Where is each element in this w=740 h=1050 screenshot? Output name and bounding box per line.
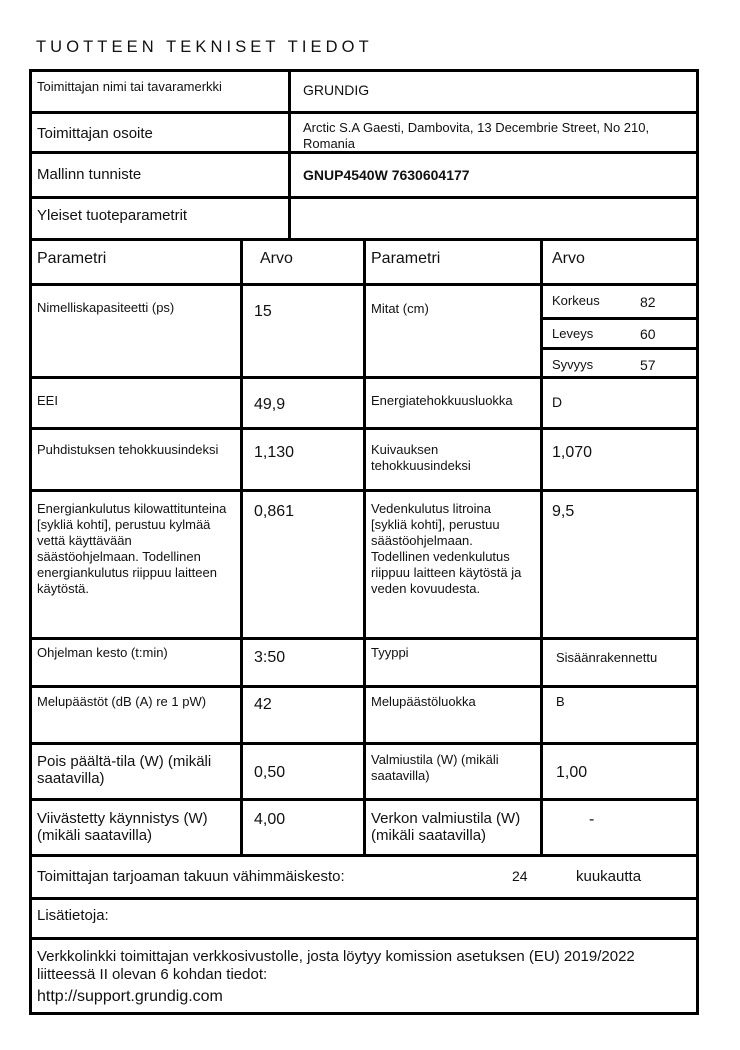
capacity-label: Nimelliskapasiteetti (ps) xyxy=(37,301,174,316)
drying-index-label-line2: tehokkuusindeksi xyxy=(371,459,471,474)
cleaning-index-label: Puhdistuksen tehokkuusindeksi xyxy=(37,443,218,458)
water-consumption-label-5: riippuu laitteen käytöstä ja xyxy=(371,566,521,581)
off-mode-label-line1: Pois päältä-tila (W) (mikäli xyxy=(37,753,211,770)
support-url-link[interactable]: http://support.grundig.com xyxy=(37,988,223,1006)
row-divider xyxy=(29,937,699,940)
header-parameter-1: Parametri xyxy=(37,250,106,268)
energy-consumption-label-6: käytöstä. xyxy=(37,582,89,597)
row-divider xyxy=(29,196,699,199)
network-standby-label-line2: (mikäli saatavilla) xyxy=(371,827,486,844)
type-label: Tyyppi xyxy=(371,646,409,661)
row-divider xyxy=(541,317,699,320)
row-divider xyxy=(29,111,699,114)
energy-class-value: D xyxy=(552,394,562,410)
water-consumption-label-4: Todellinen vedenkulutus xyxy=(371,550,510,565)
eei-label: EEI xyxy=(37,394,58,409)
network-standby-label-line1: Verkon valmiustila (W) xyxy=(371,810,520,827)
delay-start-value: 4,00 xyxy=(254,811,285,829)
delay-start-label-line2: (mikäli saatavilla) xyxy=(37,827,152,844)
column-divider xyxy=(540,239,543,856)
warranty-label: Toimittajan tarjoaman takuun vähimmäiske… xyxy=(37,868,345,885)
program-duration-value: 3:50 xyxy=(254,649,285,667)
energy-consumption-label-5: energiankulutus riippuu laitteen xyxy=(37,566,217,581)
type-value: Sisäänrakennettu xyxy=(556,651,657,666)
depth-value: 57 xyxy=(640,357,656,373)
noise-class-value: B xyxy=(556,695,565,710)
off-mode-label-line2: saatavilla) xyxy=(37,770,105,787)
energy-consumption-value: 0,861 xyxy=(254,503,294,521)
model-label: Mallinn tunniste xyxy=(37,166,141,183)
water-consumption-label-1: Vedenkulutus litroina xyxy=(371,502,491,517)
standby-label-line2: saatavilla) xyxy=(371,769,430,784)
energy-consumption-label-1: Energiankulutus kilowattitunteina xyxy=(37,502,226,517)
cleaning-index-value: 1,130 xyxy=(254,444,294,462)
noise-value: 42 xyxy=(254,696,272,714)
model-value: GNUP4540W 7630604177 xyxy=(303,167,470,183)
warranty-value: 24 xyxy=(512,868,528,884)
header-value-1: Arvo xyxy=(260,250,293,268)
supplier-address-line1: Arctic S.A Gaesti, Dambovita, 13 Decembr… xyxy=(303,121,649,136)
general-params-label: Yleiset tuoteparametrit xyxy=(37,207,187,224)
depth-label: Syvyys xyxy=(552,358,593,373)
standby-label-line1: Valmiustila (W) (mikäli xyxy=(371,753,499,768)
weblink-text-line1: Verkkolinkki toimittajan verkkosivustoll… xyxy=(37,948,635,965)
warranty-unit: kuukautta xyxy=(576,868,641,885)
program-duration-label: Ohjelman kesto (t:min) xyxy=(37,646,168,661)
column-divider xyxy=(363,239,366,856)
water-consumption-label-6: veden kovuudesta. xyxy=(371,582,480,597)
page-title: TUOTTEEN TEKNISET TIEDOT xyxy=(36,38,373,57)
water-consumption-label-2: [sykliä kohti], perustuu xyxy=(371,518,500,533)
off-mode-value: 0,50 xyxy=(254,764,285,782)
width-value: 60 xyxy=(640,326,656,342)
supplier-address-label: Toimittajan osoite xyxy=(37,125,153,142)
dimensions-label: Mitat (cm) xyxy=(371,302,429,317)
supplier-name-value: GRUNDIG xyxy=(303,82,369,98)
row-divider xyxy=(29,897,699,900)
supplier-name-label: Toimittajan nimi tai tavaramerkki xyxy=(37,80,222,95)
height-label: Korkeus xyxy=(552,294,600,309)
energy-consumption-label-3: vettä käyttävään xyxy=(37,534,132,549)
supplier-address-line2: Romania xyxy=(303,137,355,150)
noise-label: Melupäästöt (dB (A) re 1 pW) xyxy=(37,695,206,710)
row-divider xyxy=(29,151,699,154)
row-divider xyxy=(541,347,699,350)
water-consumption-value: 9,5 xyxy=(552,503,574,521)
eei-value: 49,9 xyxy=(254,396,285,414)
header-value-2: Arvo xyxy=(552,250,585,268)
header-parameter-2: Parametri xyxy=(371,250,440,268)
noise-class-label: Melupäästöluokka xyxy=(371,695,476,710)
additional-info-label: Lisätietoja: xyxy=(37,907,109,924)
network-standby-value: - xyxy=(589,811,594,829)
energy-consumption-label-4: säästöohjelmaan. Todellinen xyxy=(37,550,201,565)
energy-class-label: Energiatehokkuusluokka xyxy=(371,394,513,409)
width-label: Leveys xyxy=(552,327,593,342)
height-value: 82 xyxy=(640,294,656,310)
energy-consumption-label-2: [sykliä kohti], perustuu kylmää xyxy=(37,518,210,533)
weblink-text-line2: liitteessä II olevan 6 kohdan tiedot: xyxy=(37,966,267,983)
capacity-value: 15 xyxy=(254,303,272,321)
delay-start-label-line1: Viivästetty käynnistys (W) xyxy=(37,810,208,827)
drying-index-label-line1: Kuivauksen xyxy=(371,443,438,458)
column-divider xyxy=(240,239,243,856)
standby-value: 1,00 xyxy=(556,764,587,782)
drying-index-value: 1,070 xyxy=(552,444,592,462)
water-consumption-label-3: säästöohjelmaan. xyxy=(371,534,473,549)
column-divider xyxy=(288,69,291,240)
